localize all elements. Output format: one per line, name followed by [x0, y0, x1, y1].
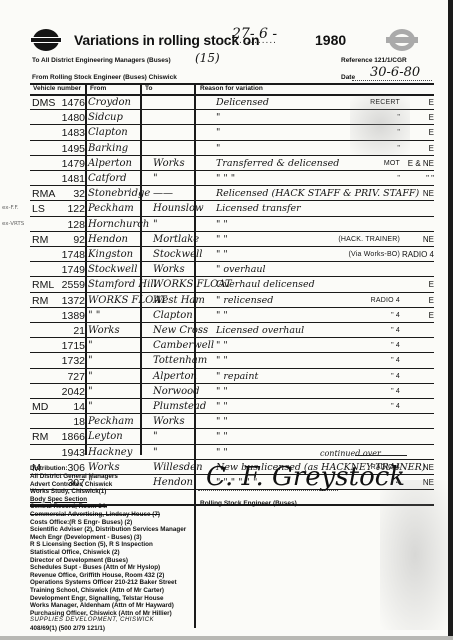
- signature-dotted-line: [198, 490, 338, 491]
- distribution-item: All District General Managers: [30, 473, 195, 481]
- distribution-item: Director of Development (Buses): [30, 557, 195, 565]
- fleet-number: 122: [67, 203, 85, 215]
- fleet-number: 14: [73, 401, 85, 413]
- column-header-from: From: [90, 85, 106, 92]
- column-header-vehicle: Vehicle number: [33, 85, 81, 92]
- fleet-number: 1389: [62, 310, 85, 322]
- fleet-number: 2559: [62, 279, 85, 291]
- recipient-line: To All District Engineering Managers (Bu…: [32, 57, 171, 64]
- distribution-item: Costs Office:(R S Engr- Buses) (2): [30, 519, 195, 527]
- distribution-item: SUPPLIES DEVELOPMENT, CHISWICK: [30, 617, 195, 625]
- fleet-number: 1479: [62, 158, 85, 170]
- signature-label: Rolling Stock Engineer (Buses): [200, 500, 297, 507]
- variation-year: 1980: [315, 32, 346, 48]
- fleet-number: 21: [73, 325, 85, 337]
- fleet-number: 1481: [62, 173, 85, 185]
- distribution-item: R S Licensing Section (5), R S Inspectio…: [30, 541, 195, 549]
- distribution-item: Central Record, Room 34.: [30, 503, 195, 511]
- continued-underline: [355, 455, 407, 456]
- fleet-number: 727: [67, 371, 85, 383]
- distribution-item: Body Spec Section: [30, 496, 195, 504]
- fleet-number: 1495: [62, 143, 85, 155]
- distribution-item: Mech Engr (Development - Buses) (3): [30, 534, 195, 542]
- distribution-item: 408/69(1) (500 2/79 121/1): [30, 625, 195, 633]
- continued-over-note: continued over: [320, 449, 381, 458]
- distribution-item: Operations Systems Officer 210-212 Baker…: [30, 579, 195, 587]
- photocopy-smudge: [380, 480, 450, 630]
- fleet-number: 92: [73, 234, 85, 246]
- distribution-item: Training School, Chiswick (Attn of Mr Ca…: [30, 587, 195, 595]
- fleet-number: 128: [67, 219, 85, 231]
- distribution-item: Statistical Office, Chiswick (2): [30, 549, 195, 557]
- distribution-list: All District General ManagersAdvert Cont…: [30, 473, 195, 632]
- fleet-number: 306: [67, 462, 85, 474]
- margin-annotation: ex-VRTS: [2, 221, 24, 227]
- distribution-item: Purchasing Officer, Chiswick (Attn of Mr…: [30, 610, 195, 618]
- margin-annotation: ex-F.F.: [2, 205, 19, 211]
- fleet-number: 1749: [62, 264, 85, 276]
- signature: C. F. Greystock: [206, 462, 405, 492]
- fleet-number: 18: [73, 416, 85, 428]
- fleet-number: 2042: [62, 386, 85, 398]
- distribution-title: Distribution:: [30, 465, 67, 472]
- london-transport-roundel-icon: [33, 29, 59, 51]
- sender-line: From Rolling Stock Engineer (Buses) Chis…: [32, 74, 177, 81]
- fleet-number: 1866: [62, 431, 85, 443]
- document-page: Variations in rolling stock on .........…: [0, 0, 448, 640]
- distribution-item: Advert Controller, Chiswick: [30, 481, 195, 489]
- distribution-item: Works Manager, Aldenham (Attn of Mr Hayw…: [30, 602, 195, 610]
- reference-number: Reference 121/1/CGR: [341, 57, 407, 64]
- fleet-number: 1748: [62, 249, 85, 261]
- fleet-number: 1715: [62, 340, 85, 352]
- column-header-to: To: [145, 85, 152, 92]
- distribution-item: Works Study, Chiswick(1): [30, 488, 195, 496]
- column-header-reason: Reason for variation: [200, 85, 263, 92]
- fleet-number: 1480: [62, 112, 85, 124]
- issue-number: (15): [195, 51, 220, 65]
- fleet-number: 32: [73, 188, 85, 200]
- page-edge: [448, 0, 453, 640]
- distribution-item: Revenue Office, Griffith House, Room 432…: [30, 572, 195, 580]
- distribution-item: Schedules Supt - Buses (Attn of Mr Hyslo…: [30, 564, 195, 572]
- fleet-number: 1476: [62, 97, 85, 109]
- faded-roundel-icon: [389, 29, 415, 51]
- fleet-number: 1732: [62, 355, 85, 367]
- variation-date: 27- 6 -: [232, 26, 277, 42]
- distribution-item: Development Engr, Signalling, Telstar Ho…: [30, 595, 195, 603]
- fleet-number: 1483: [62, 127, 85, 139]
- distribution-item: Scientific Adviser (2), Distribution Ser…: [30, 526, 195, 534]
- distribution-item: Commercial Advertising, Lindsay House (7…: [30, 511, 195, 519]
- fleet-number: 1943: [62, 447, 85, 459]
- fleet-number: 1372: [62, 295, 85, 307]
- page-edge: [0, 636, 453, 640]
- date-value: 30-6-80: [370, 65, 420, 80]
